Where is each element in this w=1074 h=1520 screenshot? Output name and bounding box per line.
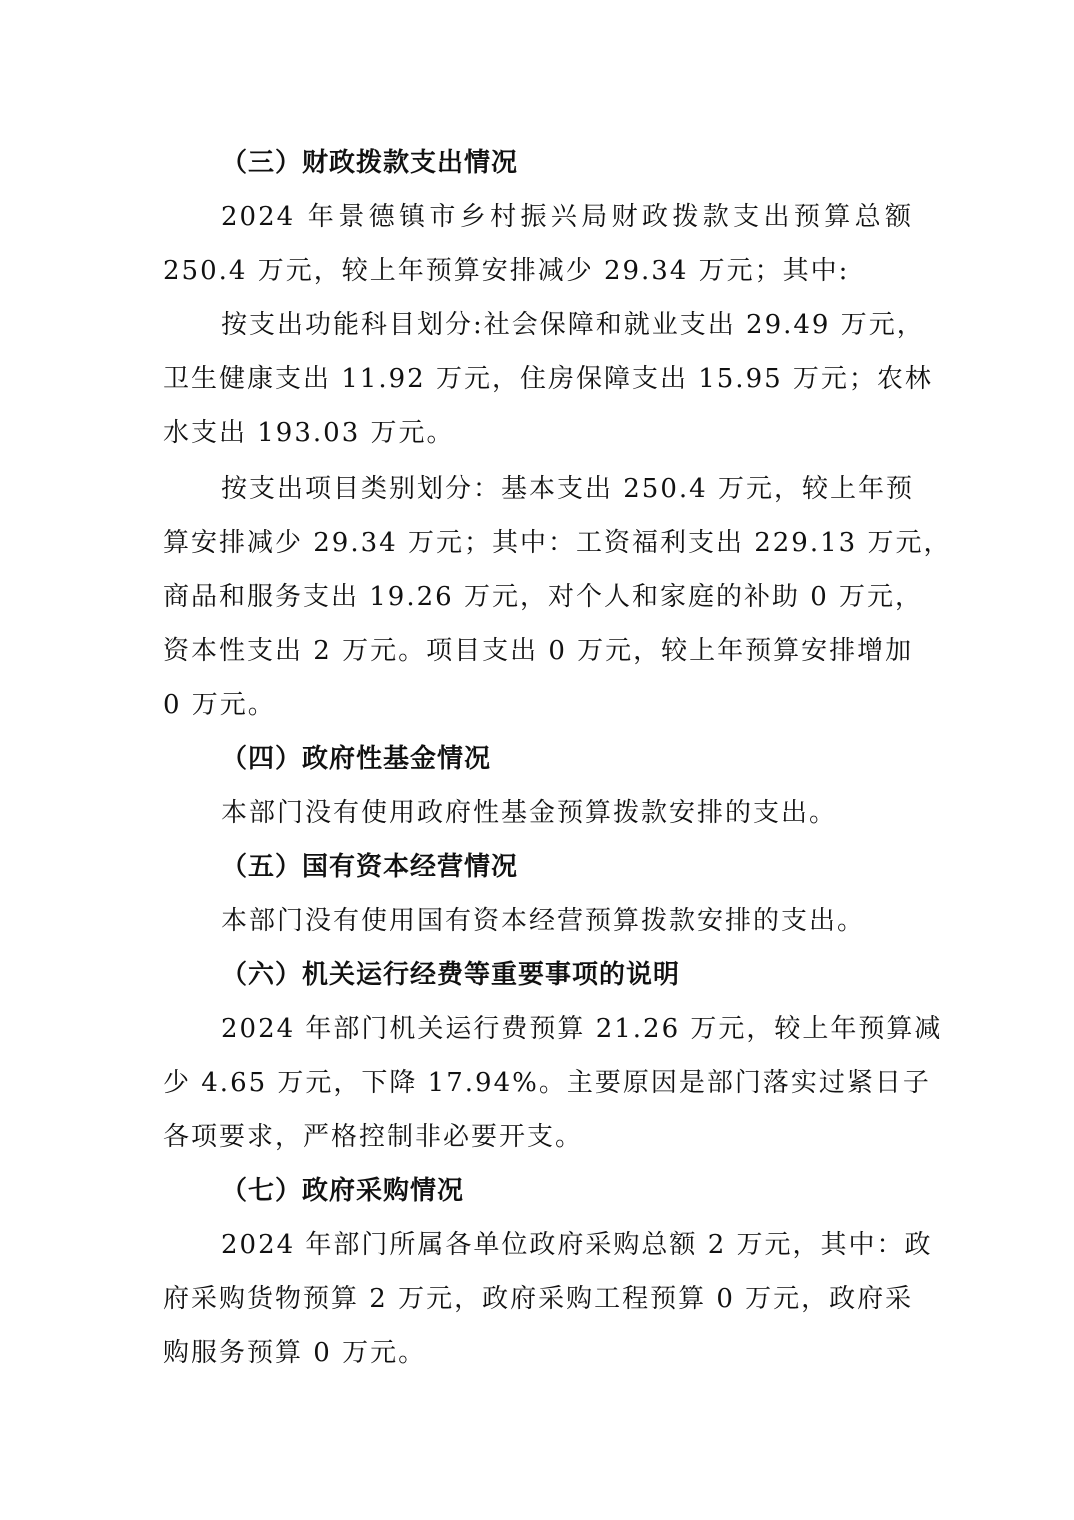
section-heading-7: （七）政府采购情况 <box>221 1174 464 1208</box>
paragraph-line: 0 万元。 <box>163 688 276 722</box>
paragraph-line: 府采购货物预算 2 万元，政府采购工程预算 0 万元，政府采 <box>163 1282 913 1316</box>
paragraph-line: 少 4.65 万元，下降 17.94%。主要原因是部门落实过紧日子 <box>163 1066 913 1100</box>
paragraph-line: 250.4 万元，较上年预算安排减少 29.34 万元；其中: <box>163 254 849 288</box>
paragraph-line: 2024 年景德镇市乡村振兴局财政拨款支出预算总额 <box>221 200 913 234</box>
paragraph-line: 按支出项目类别划分：基本支出 250.4 万元，较上年预 <box>221 472 913 506</box>
paragraph-line: 2024 年部门机关运行费预算 21.26 万元，较上年预算减 <box>221 1012 913 1046</box>
paragraph-line: 本部门没有使用政府性基金预算拨款安排的支出。 <box>221 796 837 830</box>
paragraph-line: 2024 年部门所属各单位政府采购总额 2 万元，其中：政 <box>221 1228 913 1262</box>
paragraph-line: 各项要求，严格控制非必要开支。 <box>163 1120 583 1154</box>
paragraph-line: 购服务预算 0 万元。 <box>163 1336 426 1370</box>
paragraph-line: 本部门没有使用国有资本经营预算拨款安排的支出。 <box>221 904 865 938</box>
section-heading-6: （六）机关运行经费等重要事项的说明 <box>221 958 680 992</box>
paragraph-line: 资本性支出 2 万元。项目支出 0 万元，较上年预算安排增加 <box>163 634 913 668</box>
paragraph-line: 商品和服务支出 19.26 万元，对个人和家庭的补助 0 万元， <box>163 580 913 614</box>
section-heading-5: （五）国有资本经营情况 <box>221 850 518 884</box>
paragraph-line: 水支出 193.03 万元。 <box>163 416 455 450</box>
paragraph-line: 算安排减少 29.34 万元；其中：工资福利支出 229.13 万元， <box>163 526 913 560</box>
section-heading-4: （四）政府性基金情况 <box>221 742 491 776</box>
paragraph-line: 按支出功能科目划分:社会保障和就业支出 29.49 万元， <box>221 308 913 342</box>
section-heading-3: （三）财政拨款支出情况 <box>221 146 518 180</box>
paragraph-line: 卫生健康支出 11.92 万元，住房保障支出 15.95 万元；农林 <box>163 362 913 396</box>
